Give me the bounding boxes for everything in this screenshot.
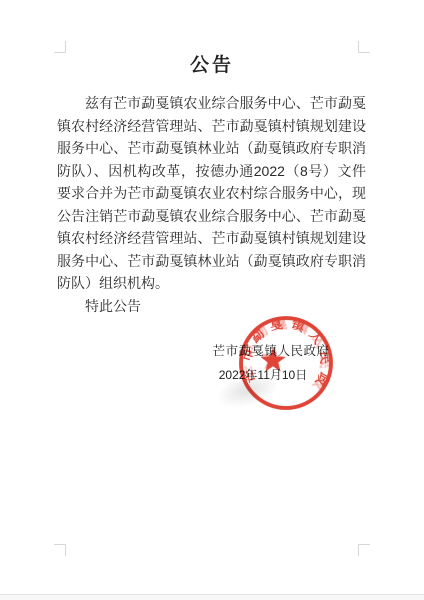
body-paragraph: 兹有芒市勐戛镇农业综合服务中心、芒市勐戛镇农村经济经营管理站、芒市勐戛镇村镇规划… [57, 92, 366, 295]
closing-line: 特此公告 [57, 295, 366, 318]
announcement-page: 公告 兹有芒市勐戛镇农业综合服务中心、芒市勐戛镇农村经济经营管理站、芒市勐戛镇村… [0, 0, 424, 600]
document-title: 公告 [0, 50, 424, 77]
page-bottom-shade [0, 595, 424, 600]
issuer-signature: 芒市勐戛镇人民政府 [186, 343, 356, 359]
margin-mark-bottom-left [54, 544, 66, 556]
margin-mark-bottom-right [358, 544, 370, 556]
document-body: 兹有芒市勐戛镇农业综合服务中心、芒市勐戛镇农村经济经营管理站、芒市勐戛镇村镇规划… [57, 92, 366, 317]
